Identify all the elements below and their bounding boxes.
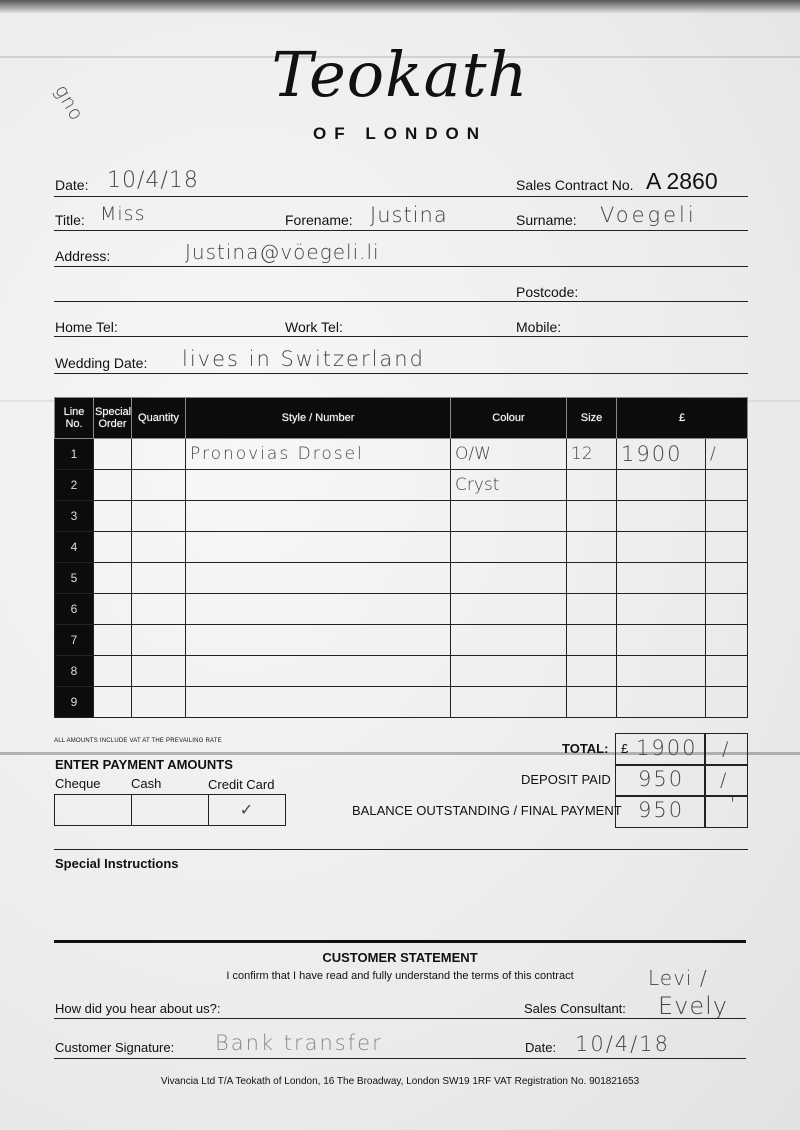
deposit-label: DEPOSIT PAID	[521, 772, 611, 787]
colour-cell[interactable]	[451, 625, 567, 656]
quantity-cell[interactable]	[132, 594, 186, 625]
divider	[54, 1058, 746, 1059]
table-row: 2 Cryst	[55, 470, 748, 501]
special-order-cell[interactable]	[94, 563, 132, 594]
col-header-special-order: Special Order	[94, 398, 132, 439]
table-row: 4	[55, 532, 748, 563]
deposit-mark: /	[720, 769, 727, 791]
colour-cell[interactable]: O/W	[451, 439, 567, 470]
forename-value[interactable]: Justina	[370, 203, 448, 227]
price-cell[interactable]	[617, 470, 706, 501]
forename-label: Forename:	[285, 212, 353, 228]
title-label: Title:	[55, 212, 85, 228]
cash-amount-box[interactable]	[131, 794, 209, 826]
divider	[54, 373, 748, 374]
total-label: TOTAL:	[562, 741, 608, 756]
company-footer: Vivancia Ltd T/A Teokath of London, 16 T…	[0, 1076, 800, 1087]
size-cell[interactable]	[567, 687, 617, 718]
pence-cell[interactable]	[706, 594, 748, 625]
total-value[interactable]: 1900	[636, 736, 697, 760]
sales-consultant-value-2[interactable]: Evely	[658, 992, 728, 1020]
quantity-cell[interactable]	[132, 656, 186, 687]
col-header-quantity: Quantity	[132, 398, 186, 439]
quantity-cell[interactable]	[132, 532, 186, 563]
work-tel-label: Work Tel:	[285, 319, 343, 335]
size-cell[interactable]	[567, 470, 617, 501]
price-cell[interactable]	[617, 687, 706, 718]
payment-method-label: Cheque	[55, 776, 101, 791]
special-order-cell[interactable]	[94, 470, 132, 501]
pence-cell[interactable]	[706, 656, 748, 687]
payment-heading: ENTER PAYMENT AMOUNTS	[55, 757, 233, 772]
style-cell[interactable]	[186, 656, 451, 687]
quantity-cell[interactable]	[132, 687, 186, 718]
colour-cell[interactable]	[451, 656, 567, 687]
price-cell[interactable]	[617, 563, 706, 594]
line-number: 3	[55, 501, 94, 532]
surname-value[interactable]: Voegeli	[600, 203, 697, 227]
divider	[54, 196, 748, 197]
special-order-cell[interactable]	[94, 687, 132, 718]
size-cell[interactable]	[567, 594, 617, 625]
brand-subtitle: OF LONDON	[0, 124, 800, 144]
table-row: 7	[55, 625, 748, 656]
payment-method-label: Credit Card	[208, 777, 274, 792]
line-number: 9	[55, 687, 94, 718]
pence-cell[interactable]	[706, 563, 748, 594]
currency-symbol: £	[621, 741, 628, 756]
balance-label: BALANCE OUTSTANDING / FINAL PAYMENT	[352, 803, 622, 818]
special-order-cell[interactable]	[94, 501, 132, 532]
col-header-price: £	[617, 398, 748, 439]
signature-date-label: Date:	[525, 1040, 556, 1055]
customer-signature-value[interactable]: Bank transfer	[215, 1031, 383, 1055]
divider	[54, 940, 746, 943]
divider	[54, 336, 748, 337]
table-row: 1 Pronovias Drosel O/W 12 1900 /	[55, 439, 748, 470]
col-header-colour: Colour	[451, 398, 567, 439]
style-cell[interactable]	[186, 501, 451, 532]
hear-about-us-label: How did you hear about us?:	[55, 1001, 221, 1016]
quantity-cell[interactable]	[132, 439, 186, 470]
special-order-cell[interactable]	[94, 532, 132, 563]
style-cell[interactable]	[186, 594, 451, 625]
pence-cell[interactable]	[706, 532, 748, 563]
cheque-amount-box[interactable]	[54, 794, 132, 826]
wedding-date-value[interactable]: lives in Switzerland	[182, 347, 425, 371]
size-cell[interactable]	[567, 656, 617, 687]
date-value[interactable]: 10/4/18	[107, 168, 199, 193]
table-row: 5	[55, 563, 748, 594]
special-order-cell[interactable]	[94, 656, 132, 687]
mobile-label: Mobile:	[516, 319, 561, 335]
divider	[54, 1018, 746, 1019]
checkmark-icon: ✓	[240, 800, 254, 819]
sales-consultant-label: Sales Consultant:	[524, 1001, 626, 1016]
colour-cell[interactable]	[451, 501, 567, 532]
line-number: 7	[55, 625, 94, 656]
colour-cell[interactable]	[451, 594, 567, 625]
surname-label: Surname:	[516, 212, 577, 228]
date-label: Date:	[55, 177, 88, 193]
brand-logo: Teokath	[0, 38, 800, 111]
special-order-cell[interactable]	[94, 594, 132, 625]
special-order-cell[interactable]	[94, 625, 132, 656]
size-cell[interactable]	[567, 532, 617, 563]
price-cell[interactable]	[617, 594, 706, 625]
size-cell[interactable]	[567, 563, 617, 594]
contract-page: Teokath OF LONDON gno Date: 10/4/18 Sale…	[0, 0, 800, 1130]
colour-cell[interactable]	[451, 532, 567, 563]
size-cell[interactable]	[567, 501, 617, 532]
price-cell[interactable]	[617, 501, 706, 532]
table-row: 8	[55, 656, 748, 687]
price-cell[interactable]	[617, 625, 706, 656]
customer-signature-label: Customer Signature:	[55, 1040, 174, 1055]
credit-card-amount-box[interactable]: ✓	[208, 794, 286, 826]
sales-contract-number: A 2860	[646, 168, 718, 195]
pence-cell[interactable]	[706, 501, 748, 532]
postcode-label: Postcode:	[516, 284, 578, 300]
balance-pence-box	[704, 795, 748, 828]
table-row: 9	[55, 687, 748, 718]
line-number: 2	[55, 470, 94, 501]
deposit-value[interactable]: 950	[638, 767, 684, 791]
sales-consultant-value-1[interactable]: Levi /	[648, 966, 708, 990]
total-mark: /	[722, 738, 729, 760]
table-row: 6	[55, 594, 748, 625]
sales-contract-label: Sales Contract No.	[516, 177, 634, 193]
line-number: 5	[55, 563, 94, 594]
title-value[interactable]: Miss	[100, 203, 145, 225]
line-number: 1	[55, 439, 94, 470]
style-cell[interactable]: Pronovias Drosel	[186, 439, 451, 470]
price-cell[interactable]	[617, 532, 706, 563]
customer-statement-heading: CUSTOMER STATEMENT	[0, 950, 800, 965]
divider	[54, 301, 748, 302]
quantity-cell[interactable]	[132, 625, 186, 656]
balance-value[interactable]: 950	[638, 798, 684, 822]
quantity-cell[interactable]	[132, 470, 186, 501]
table-row: 3	[55, 501, 748, 532]
special-order-cell[interactable]	[94, 439, 132, 470]
wedding-date-label: Wedding Date:	[55, 355, 147, 371]
colour-cell[interactable]	[451, 687, 567, 718]
signature-date-value[interactable]: 10/4/18	[575, 1032, 670, 1056]
home-tel-label: Home Tel:	[55, 319, 118, 335]
style-cell[interactable]	[186, 687, 451, 718]
col-header-size: Size	[567, 398, 617, 439]
divider	[54, 266, 748, 267]
colour-cell[interactable]: Cryst	[451, 470, 567, 501]
pence-cell[interactable]	[706, 687, 748, 718]
price-cell[interactable]	[617, 656, 706, 687]
style-cell[interactable]	[186, 470, 451, 501]
items-table: Line No. Special Order Quantity Style / …	[54, 397, 748, 718]
quantity-cell[interactable]	[132, 563, 186, 594]
line-number: 8	[55, 656, 94, 687]
pence-cell[interactable]: /	[706, 439, 748, 470]
style-cell[interactable]	[186, 563, 451, 594]
scan-shadow	[0, 0, 800, 14]
payment-method-label: Cash	[131, 776, 161, 791]
line-number: 4	[55, 532, 94, 563]
price-cell[interactable]: 1900	[617, 439, 706, 470]
divider	[54, 230, 748, 231]
divider	[54, 849, 748, 850]
style-cell[interactable]	[186, 625, 451, 656]
quantity-cell[interactable]	[132, 501, 186, 532]
size-cell[interactable]	[567, 625, 617, 656]
pence-cell[interactable]	[706, 625, 748, 656]
colour-cell[interactable]	[451, 563, 567, 594]
style-cell[interactable]	[186, 532, 451, 563]
special-instructions-label: Special Instructions	[55, 856, 179, 871]
vat-note: ALL AMOUNTS INCLUDE VAT AT THE PREVAILIN…	[54, 738, 222, 744]
address-value[interactable]: Justina@vöegeli.li	[185, 240, 380, 264]
address-label: Address:	[55, 248, 110, 264]
col-header-style-number: Style / Number	[186, 398, 451, 439]
pence-cell[interactable]	[706, 470, 748, 501]
col-header-line-no: Line No.	[55, 398, 94, 439]
line-number: 6	[55, 594, 94, 625]
table-header-row: Line No. Special Order Quantity Style / …	[55, 398, 748, 439]
size-cell[interactable]: 12	[567, 439, 617, 470]
balance-mark: '	[730, 793, 736, 815]
